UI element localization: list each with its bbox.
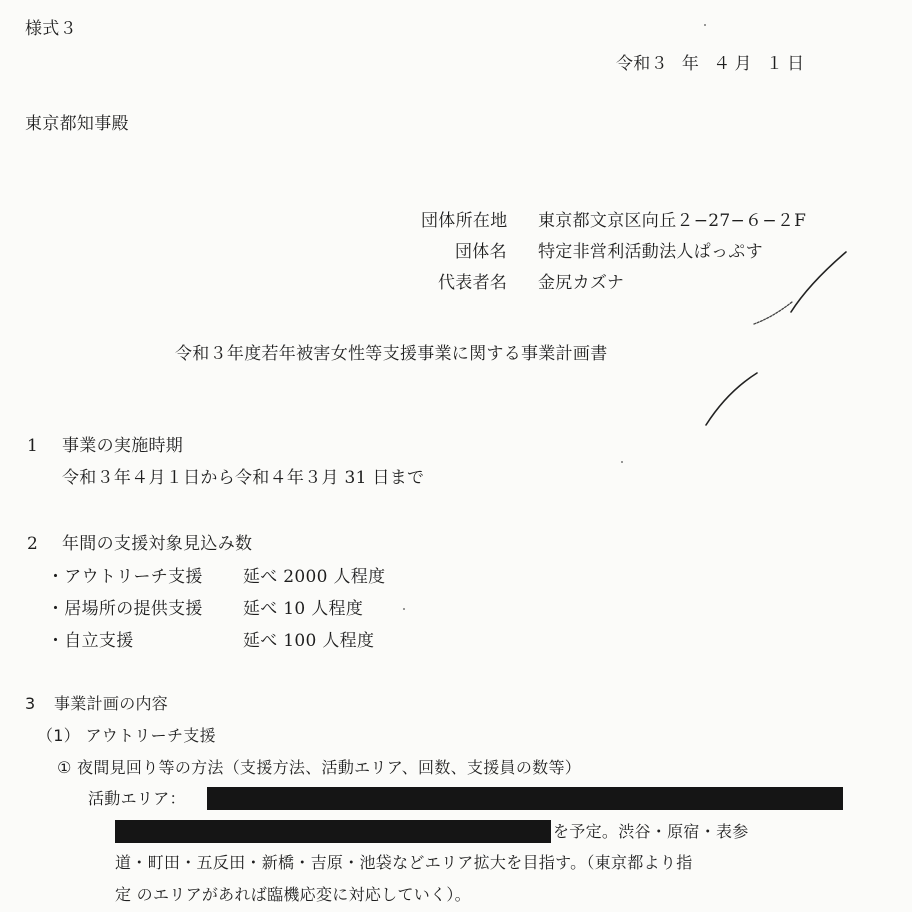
pen-strokes [0, 0, 912, 912]
scan-speck [621, 461, 623, 463]
scan-speck [704, 24, 706, 26]
scan-speck [403, 608, 405, 610]
